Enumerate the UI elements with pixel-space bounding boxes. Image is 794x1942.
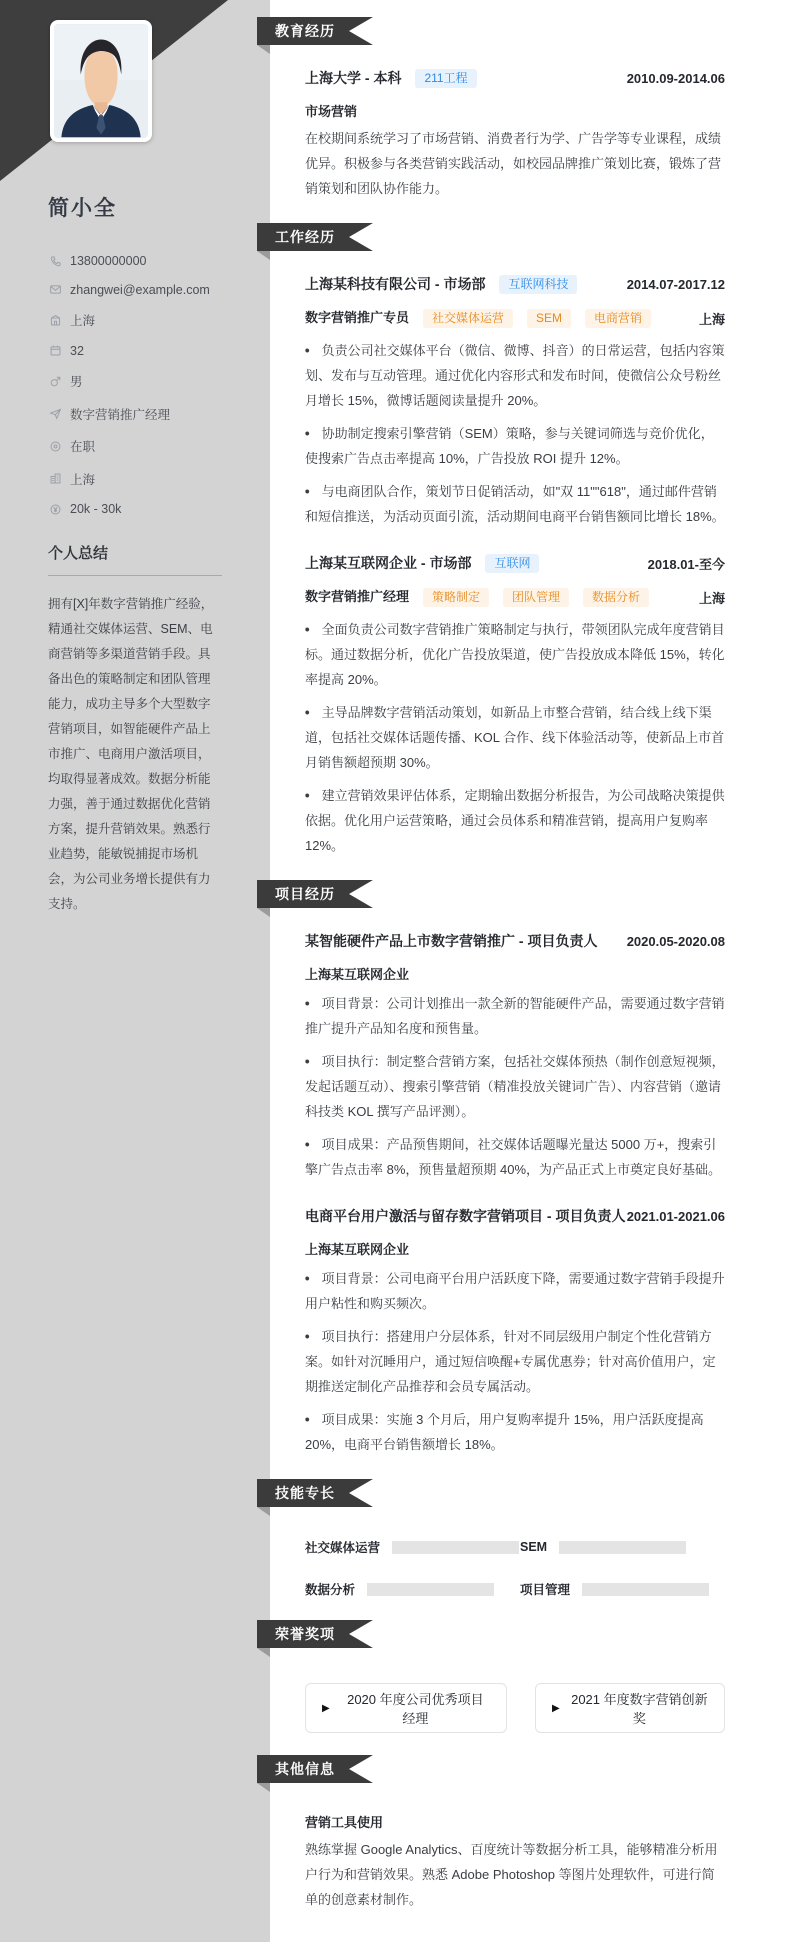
project-date: 2020.05-2020.08 xyxy=(627,934,725,949)
bullet-text: 项目成果：实施 3 个月后，用户复购率提升 15%，用户活跃度提高 20%，电商… xyxy=(305,1412,704,1452)
job-location: 上海 xyxy=(699,309,725,328)
skill-tag: 团队管理 xyxy=(503,588,569,607)
job-bullet: •建立营销效果评估体系，定期输出数据分析报告，为公司战略决策提供依据。优化用户运… xyxy=(305,783,725,858)
phone-icon xyxy=(48,254,62,268)
section-header: 其他信息 xyxy=(270,1755,794,1792)
bullet-dot: • xyxy=(305,699,310,727)
award-label: 2021 年度数字营销创新奖 xyxy=(571,1689,708,1727)
play-icon: ▶ xyxy=(552,1703,560,1714)
contact-value: 在职 xyxy=(70,437,95,455)
skill-item: 数据分析 xyxy=(305,1580,520,1598)
bullet-dot: • xyxy=(305,1131,310,1159)
job-bullet: •全面负责公司数字营销推广策略制定与执行，带领团队完成年度营销目标。通过数据分析… xyxy=(305,617,725,692)
job-role: 数字营销推广经理 xyxy=(305,586,409,605)
skill-tag: 电商营销 xyxy=(585,309,651,328)
contact-item-age: 32 xyxy=(48,344,270,358)
project-bullet: •项目成果：产品预售期间，社交媒体话题曝光量达 5000 万+，搜索引擎广告点击… xyxy=(305,1132,725,1182)
contact-value: 数字营销推广经理 xyxy=(70,405,170,423)
section-ribbon: 技能专长 xyxy=(257,1479,373,1507)
project-name: 电商平台用户激活与留存数字营销项目 - 项目负责人 xyxy=(305,1206,625,1226)
bullet-text: 项目执行：制定整合营销方案，包括社交媒体预热（制作创意短视频，发起话题互动）、搜… xyxy=(305,1054,725,1119)
status-icon xyxy=(48,439,62,453)
main-content: 教育经历 上海大学 - 本科 211工程 2010.09-2014.06 市场营… xyxy=(270,0,794,1942)
job-entry: 上海某科技有限公司 - 市场部 互联网科技 2014.07-2017.12 数字… xyxy=(305,274,725,529)
summary-text: 拥有[X]年数字营销推广经验，精通社交媒体运营、SEM、电商营销等多渠道营销手段… xyxy=(48,592,222,917)
bullet-dot: • xyxy=(305,990,310,1018)
section-header: 教育经历 xyxy=(270,17,794,54)
city-icon xyxy=(48,472,62,486)
bullet-text: 建立营销效果评估体系，定期输出数据分析报告，为公司战略决策提供依据。优化用户运营… xyxy=(305,788,725,853)
award-button[interactable]: ▶ 2020 年度公司优秀项目经理 xyxy=(305,1683,507,1733)
bullet-text: 全面负责公司数字营销推广策略制定与执行，带领团队完成年度营销目标。通过数据分析，… xyxy=(305,622,725,687)
bullet-dot: • xyxy=(305,1323,310,1351)
project-entry: 电商平台用户激活与留存数字营销项目 - 项目负责人 2021.01-2021.0… xyxy=(305,1206,725,1457)
bullet-text: 项目成果：产品预售期间，社交媒体话题曝光量达 5000 万+，搜索引擎广告点击率… xyxy=(305,1137,721,1177)
section-work: 工作经历 上海某科技有限公司 - 市场部 互联网科技 2014.07-2017.… xyxy=(270,223,794,858)
skill-label: 项目管理 xyxy=(520,1580,570,1598)
skill-label: SEM xyxy=(520,1540,547,1554)
job-date: 2018.01-至今 xyxy=(648,554,725,573)
contact-value: 上海 xyxy=(70,311,95,329)
school-name: 上海大学 - 本科 xyxy=(305,68,401,88)
play-icon: ▶ xyxy=(322,1703,330,1714)
skill-bar-track xyxy=(392,1541,519,1554)
bullet-text: 负责公司社交媒体平台（微信、微博、抖音）的日常运营，包括内容策划、发布与互动管理… xyxy=(305,343,725,408)
section-ribbon: 项目经历 xyxy=(257,880,373,908)
contact-value: 20k - 30k xyxy=(70,502,121,516)
job-location: 上海 xyxy=(699,588,725,607)
project-bullet: •项目成果：实施 3 个月后，用户复购率提升 15%，用户活跃度提高 20%，电… xyxy=(305,1407,725,1457)
summary-title: 个人总结 xyxy=(48,542,222,576)
skill-item: SEM xyxy=(520,1538,725,1556)
profile-photo-illustration xyxy=(54,24,148,138)
bullet-dot: • xyxy=(305,337,310,365)
contact-item-email: zhangwei@example.com xyxy=(48,283,270,297)
bullet-text: 协助制定搜索引擎营销（SEM）策略，参与关键词筛选与竞价优化，使搜索广告点击率提… xyxy=(305,426,714,466)
contact-item-status: 在职 xyxy=(48,437,270,455)
section-header: 荣誉奖项 xyxy=(270,1620,794,1657)
contact-value: 男 xyxy=(70,372,83,390)
bullet-dot: • xyxy=(305,478,310,506)
awards-row: ▶ 2020 年度公司优秀项目经理 ▶ 2021 年度数字营销创新奖 xyxy=(305,1683,725,1733)
project-company: 上海某互联网企业 xyxy=(305,1239,725,1258)
contact-list: 13800000000 zhangwei@example.com 上海 32 xyxy=(48,254,270,516)
job-bullet: •协助制定搜索引擎营销（SEM）策略，参与关键词筛选与竞价优化，使搜索广告点击率… xyxy=(305,421,725,471)
bullet-text: 项目背景：公司电商平台用户活跃度下降，需要通过数字营销手段提升用户粘性和购买频次… xyxy=(305,1271,725,1311)
education-description: 在校期间系统学习了市场营销、消费者行为学、广告学等专业课程，成绩优异。积极参与各… xyxy=(305,126,725,201)
job-entry: 上海某互联网企业 - 市场部 互联网 2018.01-至今 数字营销推广经理 策… xyxy=(305,553,725,858)
contact-item-position: 数字营销推广经理 xyxy=(48,405,270,423)
project-bullet: •项目执行：制定整合营销方案，包括社交媒体预热（制作创意短视频，发起话题互动）、… xyxy=(305,1049,725,1124)
award-button[interactable]: ▶ 2021 年度数字营销创新奖 xyxy=(535,1683,725,1733)
section-header: 项目经历 xyxy=(270,880,794,917)
bullet-dot: • xyxy=(305,1048,310,1076)
skill-bar-track xyxy=(582,1583,709,1596)
bullet-text: 主导品牌数字营销活动策划，如新品上市整合营销，结合线上线下渠道，包括社交媒体话题… xyxy=(305,705,724,770)
skill-tag: 数据分析 xyxy=(583,588,649,607)
contact-item-location: 上海 xyxy=(48,311,270,329)
project-date: 2021.01-2021.06 xyxy=(627,1209,725,1224)
contact-item-salary: 20k - 30k xyxy=(48,502,270,516)
bullet-dot: • xyxy=(305,1406,310,1434)
salary-icon xyxy=(48,502,62,516)
bullet-dot: • xyxy=(305,782,310,810)
bullet-dot: • xyxy=(305,616,310,644)
bullet-dot: • xyxy=(305,1265,310,1293)
contact-item-gender: 男 xyxy=(48,372,270,390)
email-icon xyxy=(48,283,62,297)
section-header: 工作经历 xyxy=(270,223,794,260)
project-company: 上海某互联网企业 xyxy=(305,964,725,983)
job-role: 数字营销推广专员 xyxy=(305,307,409,326)
section-projects: 项目经历 某智能硬件产品上市数字营销推广 - 项目负责人 2020.05-202… xyxy=(270,880,794,1457)
skill-bar-track xyxy=(559,1541,686,1554)
section-ribbon: 荣誉奖项 xyxy=(257,1620,373,1648)
contact-value: 32 xyxy=(70,344,84,358)
bullet-dot: • xyxy=(305,420,310,448)
section-ribbon: 其他信息 xyxy=(257,1755,373,1783)
contact-value: 上海 xyxy=(70,470,95,488)
skill-label: 数据分析 xyxy=(305,1580,355,1598)
skill-item: 社交媒体运营 xyxy=(305,1538,520,1556)
job-date: 2014.07-2017.12 xyxy=(627,277,725,292)
project-name: 某智能硬件产品上市数字营销推广 - 项目负责人 xyxy=(305,931,597,951)
job-bullet: •主导品牌数字营销活动策划，如新品上市整合营销，结合线上线下渠道，包括社交媒体话… xyxy=(305,700,725,775)
bullet-text: 项目执行：搭建用户分层体系，针对不同层级用户制定个性化营销方案。如针对沉睡用户，… xyxy=(305,1329,716,1394)
personal-summary: 个人总结 拥有[X]年数字营销推广经验，精通社交媒体运营、SEM、电商营销等多渠… xyxy=(48,542,222,917)
location-icon xyxy=(48,313,62,327)
job-bullet: •负责公司社交媒体平台（微信、微博、抖音）的日常运营，包括内容策划、发布与互动管… xyxy=(305,338,725,413)
section-skills: 技能专长 社交媒体运营 SEM 数据分析 xyxy=(270,1479,794,1598)
project-bullet: •项目背景：公司电商平台用户活跃度下降，需要通过数字营销手段提升用户粘性和购买频… xyxy=(305,1266,725,1316)
candidate-name: 简小全 xyxy=(48,192,270,222)
profile-photo xyxy=(50,20,152,142)
contact-item-phone: 13800000000 xyxy=(48,254,270,268)
skill-bar-track xyxy=(367,1583,494,1596)
school-tag: 211工程 xyxy=(415,69,476,88)
other-subtitle: 营销工具使用 xyxy=(305,1812,725,1831)
project-bullet: •项目执行：搭建用户分层体系，针对不同层级用户制定个性化营销方案。如针对沉睡用户… xyxy=(305,1324,725,1399)
resume-page: 简小全 13800000000 zhangwei@example.com 上海 xyxy=(0,0,794,1942)
major-name: 市场营销 xyxy=(305,101,725,120)
skill-item: 项目管理 xyxy=(520,1580,725,1598)
contact-value: zhangwei@example.com xyxy=(70,283,210,297)
section-awards: 荣誉奖项 ▶ 2020 年度公司优秀项目经理 ▶ 2021 年度数字营销创新奖 xyxy=(270,1620,794,1733)
industry-tag: 互联网科技 xyxy=(499,275,577,294)
project-entry: 某智能硬件产品上市数字营销推广 - 项目负责人 2020.05-2020.08 … xyxy=(305,931,725,1182)
project-bullet: •项目背景：公司计划推出一款全新的智能硬件产品，需要通过数字营销推广提升产品知名… xyxy=(305,991,725,1041)
bullet-text: 与电商团队合作，策划节日促销活动，如"双 11""618"，通过邮件营销和短信推… xyxy=(305,484,725,524)
section-ribbon: 工作经历 xyxy=(257,223,373,251)
skill-tag: 策略制定 xyxy=(423,588,489,607)
industry-tag: 互联网 xyxy=(485,554,539,573)
bullet-text: 项目背景：公司计划推出一款全新的智能硬件产品，需要通过数字营销推广提升产品知名度… xyxy=(305,996,725,1036)
section-other: 其他信息 营销工具使用 熟练掌握 Google Analytics、百度统计等数… xyxy=(270,1755,794,1912)
section-ribbon: 教育经历 xyxy=(257,17,373,45)
skills-grid: 社交媒体运营 SEM 数据分析 项目管理 xyxy=(305,1538,725,1598)
position-icon xyxy=(48,407,62,421)
education-date: 2010.09-2014.06 xyxy=(627,71,725,86)
skill-tag: SEM xyxy=(527,309,571,328)
job-bullet: •与电商团队合作，策划节日促销活动，如"双 11""618"，通过邮件营销和短信… xyxy=(305,479,725,529)
skill-tag: 社交媒体运营 xyxy=(423,309,513,328)
award-label: 2020 年度公司优秀项目经理 xyxy=(341,1689,490,1727)
other-text: 熟练掌握 Google Analytics、百度统计等数据分析工具，能够精准分析… xyxy=(305,1837,725,1912)
contact-value: 13800000000 xyxy=(70,254,146,268)
company-name: 上海某科技有限公司 - 市场部 xyxy=(305,274,485,294)
gender-icon xyxy=(48,374,62,388)
company-name: 上海某互联网企业 - 市场部 xyxy=(305,553,471,573)
contact-item-city: 上海 xyxy=(48,470,270,488)
age-icon xyxy=(48,344,62,358)
section-header: 技能专长 xyxy=(270,1479,794,1516)
sidebar: 简小全 13800000000 zhangwei@example.com 上海 xyxy=(0,0,270,1942)
section-education: 教育经历 上海大学 - 本科 211工程 2010.09-2014.06 市场营… xyxy=(270,17,794,201)
skill-label: 社交媒体运营 xyxy=(305,1538,380,1556)
